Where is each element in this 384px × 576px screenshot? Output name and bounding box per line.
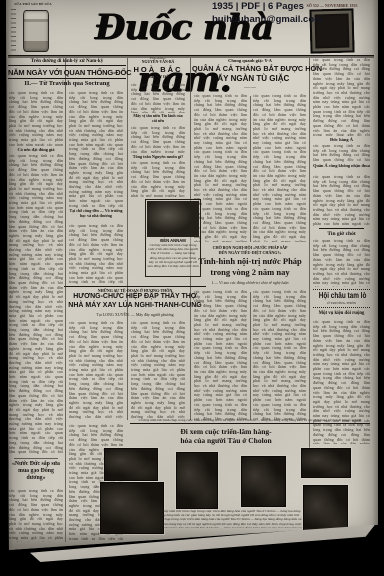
body-text-column: các quan trong tỉnh ra đón tiếp rất long… — [313, 239, 370, 287]
body-text-column: các quan trong tỉnh ra đón tiếp rất long… — [9, 154, 63, 455]
publisher-name: NGUYỄN-VĂN-BÁ — [131, 60, 185, 64]
watermark-line2: buihuuhanh@gmail.com — [212, 14, 362, 27]
headline-line: trong vòng 2 năm nay — [192, 267, 308, 278]
crosshead: Một vụ kiện đòi ruộng — [313, 311, 370, 316]
huong-chuc-headline: HƯƠNG-CHỨC HIỆP ĐẬP THẦY THỢ NHÀ MÁY XAY… — [64, 293, 206, 310]
section-rule — [64, 286, 206, 287]
phap-kicker: CHỜ BỌN NGHỊ-HỘI «NƯỚC PHÁP SẮP ĐẾN NGÀY… — [194, 245, 306, 255]
column-rule — [250, 292, 251, 420]
ad-vertical-text — [11, 9, 16, 51]
column-rule — [127, 58, 128, 420]
crosshead: Mấy vị tân niên Tin lành của cái nền — [131, 114, 185, 124]
photo — [241, 456, 286, 507]
headline-line: Tình-hình nội-trị nước Pháp — [192, 256, 308, 267]
section-rule — [130, 423, 370, 424]
watermark: 1935 | PDF | 6 Pages buihuuhanh@gmail.co… — [212, 1, 362, 26]
lead-left-kicker: Trên đường đi kinh-lý xứ Nam-kỳ — [8, 59, 126, 64]
headline-ornament: —·— — [192, 86, 308, 91]
hoa-bac-headline: HOÀ BẮC — [131, 65, 185, 74]
lead-right-kicker: Chung quanh giặc Y-A — [192, 58, 308, 63]
phap-subhead: 1.— Vì sao các đảng chính-trị chia rẽ ng… — [192, 280, 308, 285]
photo-caption: Cả thảy năm bức hình chụp trong cuộc tri… — [156, 509, 302, 528]
body-text-column: các quan trong tỉnh ra đón tiếp rất long… — [69, 224, 123, 284]
photo — [301, 448, 351, 478]
tiny-caption-line: Cả thảy năm bức hình chụp trong cuộc tri… — [136, 418, 364, 422]
newspaper-page: SỮA THỞ SẢN ĐỀ SỮA Đuốc nhà nam. 1935 | … — [6, 0, 378, 550]
body-text-column: các quan trong tỉnh ra đón tiếp rất long… — [313, 175, 370, 226]
hoa-bac-subhead: Sắp tự trị — [131, 75, 185, 80]
photo — [104, 448, 158, 481]
ad-illustration — [147, 201, 199, 237]
body-text-column: các quan trong tỉnh ra đón tiếp rất long… — [131, 321, 185, 420]
body-text-column: các quan trong tỉnh ra đón tiếp rất long… — [69, 91, 123, 208]
crosshead: Tại chỗ công-đền — Vô trường học và nhà … — [69, 209, 123, 222]
lead-left-subhead: II.— Từ Travinh qua Soctrang — [8, 80, 126, 87]
kicker-line: ĐẾN NGÀY TIÊU-DIỆT CHĂNG?» — [194, 250, 306, 255]
milk-can-icon — [23, 10, 49, 52]
column-rule — [250, 96, 251, 242]
body-text-column: các quan trong tỉnh ra đón tiếp rất long… — [253, 290, 306, 420]
lead-right-headline: QUÂN Á CẢ THÁNG BẮT ĐƯỢC HƠN MẤY NGÀN TÙ… — [192, 64, 308, 84]
body-text-column: các quan trong tỉnh ra đón tiếp rất long… — [131, 161, 185, 197]
body-text-column: các quan trong tỉnh ra đón tiếp rất long… — [9, 91, 63, 146]
phap-headline: Tình-hình nội-trị nước Pháp trong vòng 2… — [192, 256, 308, 278]
tin-gio-chot-headline: Tin giờ chót — [313, 231, 370, 237]
hoi-chau-subhead: Ở TRƯƠNG-THÔN — [313, 301, 370, 305]
body-text-column: các quan trong tỉnh ra đón tiếp rất long… — [313, 144, 370, 162]
crosshead: Có nên đặt đúng giá — [9, 147, 63, 152]
body-text-column: các quan trong tỉnh ra đón tiếp rất long… — [9, 489, 63, 542]
body-text-column: các quan trong tỉnh ra đón tiếp rất long… — [69, 321, 123, 420]
body-text-column: các quan trong tỉnh ra đón tiếp rất long… — [131, 83, 185, 113]
body-text-column: các quan trong tỉnh ra đón tiếp rất long… — [313, 58, 370, 136]
nuoc-duc-headline: «Nước Đức sắp sửa mua gạo Đông dương» — [9, 461, 63, 483]
column-rule — [309, 58, 310, 448]
scan-backdrop: { "watermark": { "line1": "1935 | PDF | … — [0, 0, 384, 576]
crosshead: Quân Á cũng không nhận thua — [313, 163, 370, 173]
crosshead: Tổng trấn Nguyên muốn gì? — [131, 154, 185, 159]
headline-line: MẤY NGÀN TÙ GIẶC — [192, 74, 308, 84]
body-text-column: các quan trong tỉnh ra đón tiếp rất long… — [194, 290, 247, 420]
headline-line: Đi xem cuộc triển-lãm hàng- — [150, 427, 302, 436]
section-rule — [319, 228, 364, 229]
crosshead: Đức hàng Á — [313, 137, 370, 142]
photo — [100, 482, 164, 534]
dateline: Tại LONG XUYÊN. — Mấy đây người phương — [64, 312, 206, 317]
photo — [176, 452, 218, 509]
lead-left-headline: NĂM NGÀY VỚI QUAN THỐNG-ĐỐC — [8, 68, 126, 77]
dotted-rule — [313, 289, 370, 290]
body-text-column: các quan trong tỉnh ra đón tiếp rất long… — [253, 94, 306, 242]
watermark-line1: 1935 | PDF | 6 Pages — [212, 1, 362, 14]
trien-lam-headline: Đi xem cuộc triển-lãm hàng- hóa của ngườ… — [150, 427, 302, 445]
dotted-rule — [313, 307, 370, 308]
lead-left-headline-box: NĂM NGÀY VỚI QUAN THỐNG-ĐỐC — [8, 65, 126, 79]
body-text-column: các quan trong tỉnh ra đón tiếp rất long… — [194, 94, 247, 242]
hoi-chau-headline: Hội châu tam lò — [319, 291, 365, 300]
headline-line: hóa của người Tàu ở Cholon — [150, 436, 302, 445]
body-text-column: các quan trong tỉnh ra đón tiếp rất long… — [313, 320, 370, 444]
headline-line: HƯƠNG-CHỨC HIỆP ĐẬP THẦY THỢ — [64, 293, 206, 302]
body-text-column: các quan trong tỉnh ra đón tiếp rất long… — [131, 126, 185, 153]
headline-line: NHÀ MÁY XAY LÚA NGHI-THANH-CUNG — [64, 302, 206, 311]
section-rule — [14, 458, 58, 459]
headline-line: QUÂN Á CẢ THÁNG BẮT ĐƯỢC HƠN — [192, 64, 308, 74]
